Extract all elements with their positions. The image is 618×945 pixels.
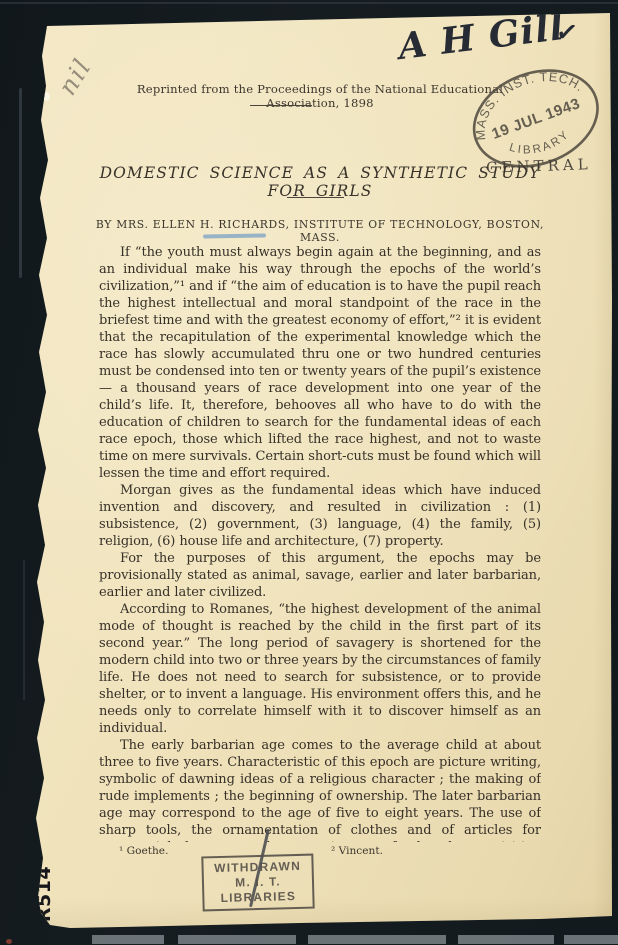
- paper-sheet: nil A H Gill ✓ Reprinted from the Procee…: [0, 0, 618, 945]
- paragraph: If “the youth must always begin again at…: [99, 244, 541, 482]
- page-edge-highlight: [23, 560, 25, 700]
- paragraph: According to Romanes, “the highest devel…: [99, 601, 541, 737]
- divider-rule: [250, 105, 312, 106]
- pen-slash-mark: [249, 829, 269, 908]
- scanner-glint: [0, 2, 618, 4]
- scanner-edge: [564, 935, 618, 944]
- scanner-edge: [92, 935, 164, 944]
- paper-flaw: [43, 92, 50, 101]
- svg-text:LIBRARY: LIBRARY: [504, 121, 575, 166]
- page-title: DOMESTIC SCIENCE AS A SYNTHETIC STUDY FO…: [95, 164, 545, 200]
- pencil-mark: [37, 86, 43, 95]
- footnote-vincent: ² Vincent.: [331, 845, 383, 857]
- withdrawn-line: LIBRARIES: [210, 889, 306, 907]
- stamp-central-text: CENTRAL: [486, 155, 592, 177]
- svg-text:MASS. INST. TECH.: MASS. INST. TECH.: [458, 54, 593, 144]
- withdrawn-stamp: WITHDRAWN M. I. T. LIBRARIES: [201, 854, 314, 912]
- paragraph: The early barbarian age comes to the ave…: [99, 737, 541, 842]
- library-date-stamp: MASS. INST. TECH. LIBRARY 19 JUL 1943: [452, 53, 618, 187]
- stamp-arc-top-text: MASS. INST. TECH.: [458, 54, 593, 144]
- paragraph: Morgan gives as the fundamental ideas wh…: [99, 482, 541, 550]
- stamp-arc-bottom-text: LIBRARY: [504, 121, 575, 166]
- scanner-edge: [308, 935, 446, 944]
- call-number-handwriting: T-N R514: [13, 849, 55, 939]
- scanner-edge: [178, 935, 296, 944]
- page-edge-highlight: [19, 88, 22, 278]
- stamp-date-text: 19 JUL 1943: [490, 95, 583, 143]
- paragraph: For the purposes of this argument, the e…: [99, 550, 541, 601]
- article-body: If “the youth must always begin again at…: [99, 244, 541, 842]
- scanner-debris: [6, 939, 12, 944]
- call-number-line: T-N: [13, 849, 34, 939]
- owner-signature: A H Gill: [396, 6, 567, 68]
- footnote-goethe: ¹ Goethe.: [119, 845, 168, 857]
- signature-flourish: ✓: [554, 17, 580, 50]
- pencil-note: nil: [53, 53, 98, 101]
- divider-rule: [287, 197, 344, 198]
- withdrawn-line: WITHDRAWN: [209, 859, 305, 877]
- call-number-line: R514: [34, 849, 55, 939]
- blue-pencil-underline: [203, 233, 266, 238]
- scanned-page: nil A H Gill ✓ Reprinted from the Procee…: [0, 0, 618, 945]
- author-byline: BY MRS. ELLEN H. RICHARDS, INSTITUTE OF …: [95, 218, 545, 244]
- withdrawn-line: M. I. T.: [210, 874, 306, 892]
- scanner-edge: [458, 935, 554, 944]
- reprint-source-line: Reprinted from the Proceedings of the Na…: [99, 82, 541, 110]
